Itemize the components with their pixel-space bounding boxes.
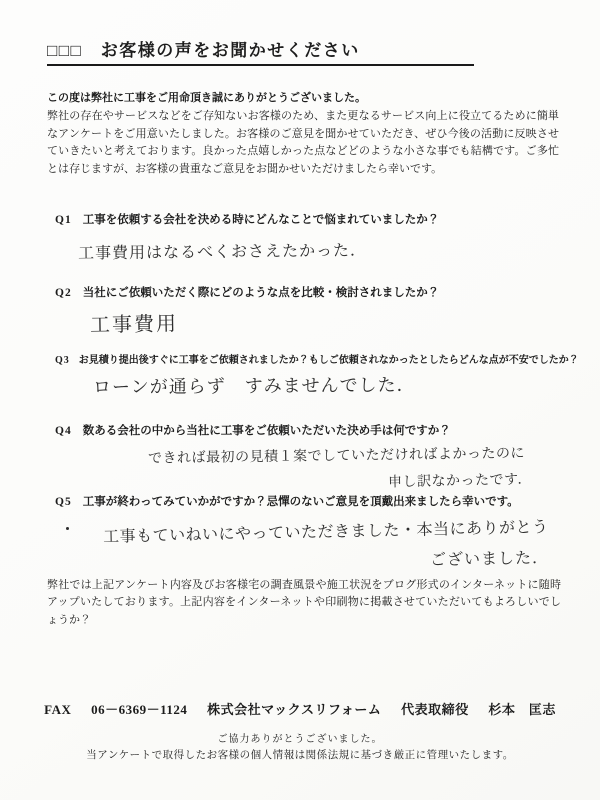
question-number: Q1 <box>55 213 72 229</box>
question-block-q2: Q2 当社にご依頼いただく際にどのような点を比較・検討されましたか？ <box>55 286 557 302</box>
publish-permission-note: 弊社では上記アンケート内容及びお客様宅の調査風景や施工状況をブログ形式のインター… <box>47 577 561 629</box>
company-name: 株式会社マックスリフォーム <box>207 702 381 717</box>
question-text: 工事が終わってみていかがですか？忌憚のないご意見を頂戴出来ましたら幸いです。 <box>83 495 557 511</box>
privacy-notice: 当アンケートで取得したお客様の個人情報は関係法規に基づき厳正に管理いたします。 <box>0 747 600 762</box>
question-block-q4: Q4 数ある会社の中から当社に工事をご依頼いただいた決め手は何ですか？ <box>55 424 557 440</box>
intro-lead-line: この度は弊社に工事をご用命頂き誠にありがとうございました。 <box>47 90 559 108</box>
handwritten-answer-q5-line2: ございました． <box>430 545 549 570</box>
representative-role: 代表取締役 <box>401 702 469 717</box>
handwritten-answer-q2: 工事費用 <box>90 307 178 338</box>
fax-number: 06－6369－1124 <box>91 702 187 717</box>
intro-body-text: 弊社の存在やサービスなどをご存知ないお客様のため、また更なるサービス向上に役立て… <box>47 108 559 179</box>
fax-label: FAX <box>44 702 71 717</box>
intro-paragraph: この度は弊社に工事をご用命頂き誠にありがとうございました。 弊社の存在やサービス… <box>47 90 559 179</box>
question-block-q1: Q1 工事を依頼する会社を決める時にどんなことで悩まれていましたか？ <box>55 213 557 229</box>
question-number: Q3 <box>55 354 70 368</box>
question-number: Q4 <box>55 424 72 440</box>
question-number: Q2 <box>55 286 72 302</box>
representative-name: 杉本 匡志 <box>488 702 556 717</box>
handwritten-answer-q5-line1: 工事もていねいにやっていただきました・本当にありがとう <box>103 514 549 547</box>
question-text: 工事を依頼する会社を決める時にどんなことで悩まれていましたか？ <box>83 213 557 229</box>
pen-mark-dot <box>66 527 69 530</box>
question-text: 当社にご依頼いただく際にどのような点を比較・検討されましたか？ <box>83 286 557 302</box>
handwritten-answer-q1: 工事費用はなるべくおさえたかった． <box>78 237 367 263</box>
page-title: □□□ お客様の声をお聞かせください <box>47 36 474 66</box>
handwritten-answer-q3: ローンが通らず すみませんでした． <box>93 371 416 399</box>
question-text: お見積り提出後すぐに工事をご依頼されましたか？もしご依頼されなかったとしたらどん… <box>79 354 579 368</box>
question-text: 数ある会社の中から当社に工事をご依頼いただいた決め手は何ですか？ <box>83 424 557 440</box>
question-block-q5: Q5 工事が終わってみていかがですか？忌憚のないご意見を頂戴出来ましたら幸いです… <box>55 495 557 511</box>
handwritten-answer-q4-line1: できれば最初の見積１案でしていただければよかったのに <box>148 442 525 467</box>
handwritten-answer-q4-line2: 申し訳なかったです． <box>388 468 532 491</box>
question-block-q3: Q3 お見積り提出後すぐに工事をご依頼されましたか？もしご依頼されなかったとした… <box>55 354 577 368</box>
thanks-line: ご協力ありがとうございました。 <box>0 730 600 745</box>
fax-contact-line: FAX 06－6369－1124 株式会社マックスリフォーム 代表取締役 杉本 … <box>0 699 600 718</box>
survey-sheet: □□□ お客様の声をお聞かせください この度は弊社に工事をご用命頂き誠にありがと… <box>0 0 600 800</box>
question-number: Q5 <box>55 495 72 511</box>
